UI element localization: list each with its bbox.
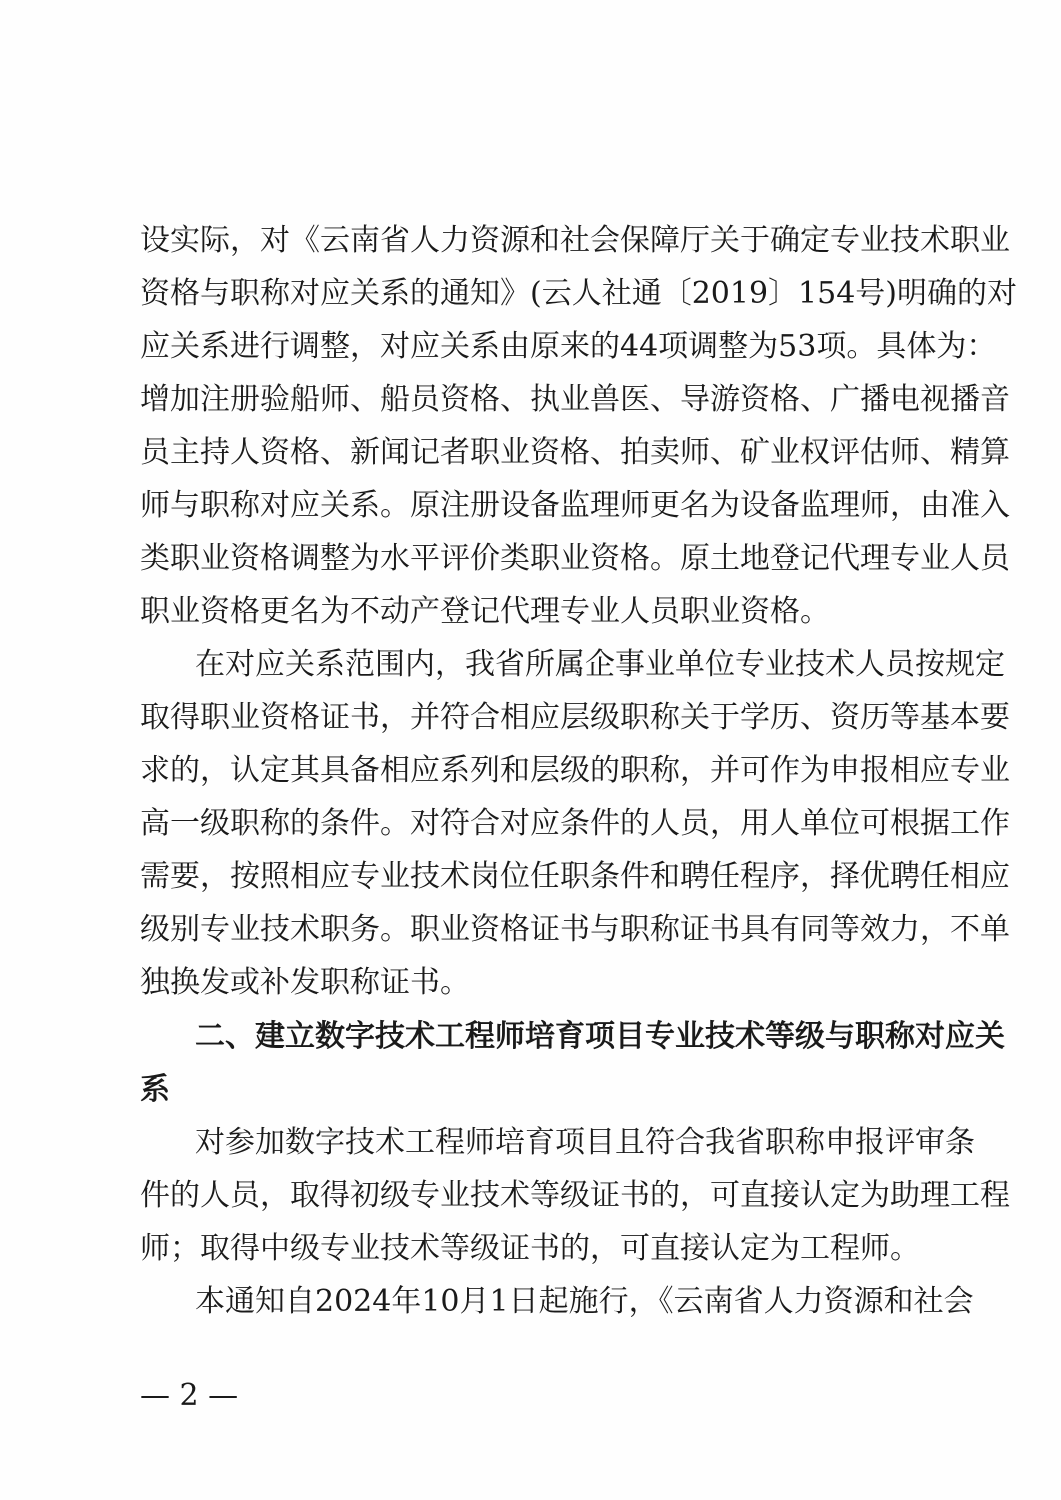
paragraph-2-line-5: 需要，按照相应专业技术岗位任职条件和聘任程序，择优聘任相应 [140, 857, 924, 897]
paragraph-4-line-1: 本通知自2024年10月1日起施行，《云南省人力资源和社会 [195, 1282, 924, 1322]
paragraph-1-line-6: 师与职称对应关系。原注册设备监理师更名为设备监理师，由准入 [140, 486, 924, 526]
paragraph-2-line-7: 独换发或补发职称证书。 [140, 963, 924, 1003]
paragraph-1-line-7: 类职业资格调整为水平评价类职业资格。原土地登记代理专业人员 [140, 539, 924, 579]
paragraph-1-line-2: 资格与职称对应关系的通知》(云人社通〔2019〕154号)明确的对 [140, 274, 924, 314]
paragraph-1-line-5: 员主持人资格、新闻记者职业资格、拍卖师、矿业权评估师、精算 [140, 433, 924, 473]
paragraph-1-line-4: 增加注册验船师、船员资格、执业兽医、导游资格、广播电视播音 [140, 380, 924, 420]
paragraph-1-line-8: 职业资格更名为不动产登记代理专业人员职业资格。 [140, 592, 924, 632]
paragraph-1-line-1: 设实际，对《云南省人力资源和社会保障厅关于确定专业技术职业 [140, 221, 924, 261]
document-page: 设实际，对《云南省人力资源和社会保障厅关于确定专业技术职业 资格与职称对应关系的… [0, 0, 1061, 1500]
paragraph-2-line-4: 高一级职称的条件。对符合对应条件的人员，用人单位可根据工作 [140, 804, 924, 844]
page-number: — 2 — [140, 1376, 238, 1416]
paragraph-3-line-1: 对参加数字技术工程师培育项目且符合我省职称申报评审条 [195, 1123, 924, 1163]
paragraph-3-line-3: 师；取得中级专业技术等级证书的，可直接认定为工程师。 [140, 1229, 924, 1269]
paragraph-2-line-2: 取得职业资格证书，并符合相应层级职称关于学历、资历等基本要 [140, 698, 924, 738]
section-heading-2-line-1: 二、建立数字技术工程师培育项目专业技术等级与职称对应关 [195, 1017, 924, 1057]
paragraph-2-line-6: 级别专业技术职务。职业资格证书与职称证书具有同等效力，不单 [140, 910, 924, 950]
section-heading-2-line-2: 系 [140, 1070, 924, 1110]
paragraph-2-line-3: 求的，认定其具备相应系列和层级的职称，并可作为申报相应专业 [140, 751, 924, 791]
paragraph-1-line-3: 应关系进行调整，对应关系由原来的44项调整为53项。具体为： [140, 327, 924, 367]
paragraph-3-line-2: 件的人员，取得初级专业技术等级证书的，可直接认定为助理工程 [140, 1176, 924, 1216]
paragraph-2-line-1: 在对应关系范围内，我省所属企事业单位专业技术人员按规定 [195, 645, 924, 685]
